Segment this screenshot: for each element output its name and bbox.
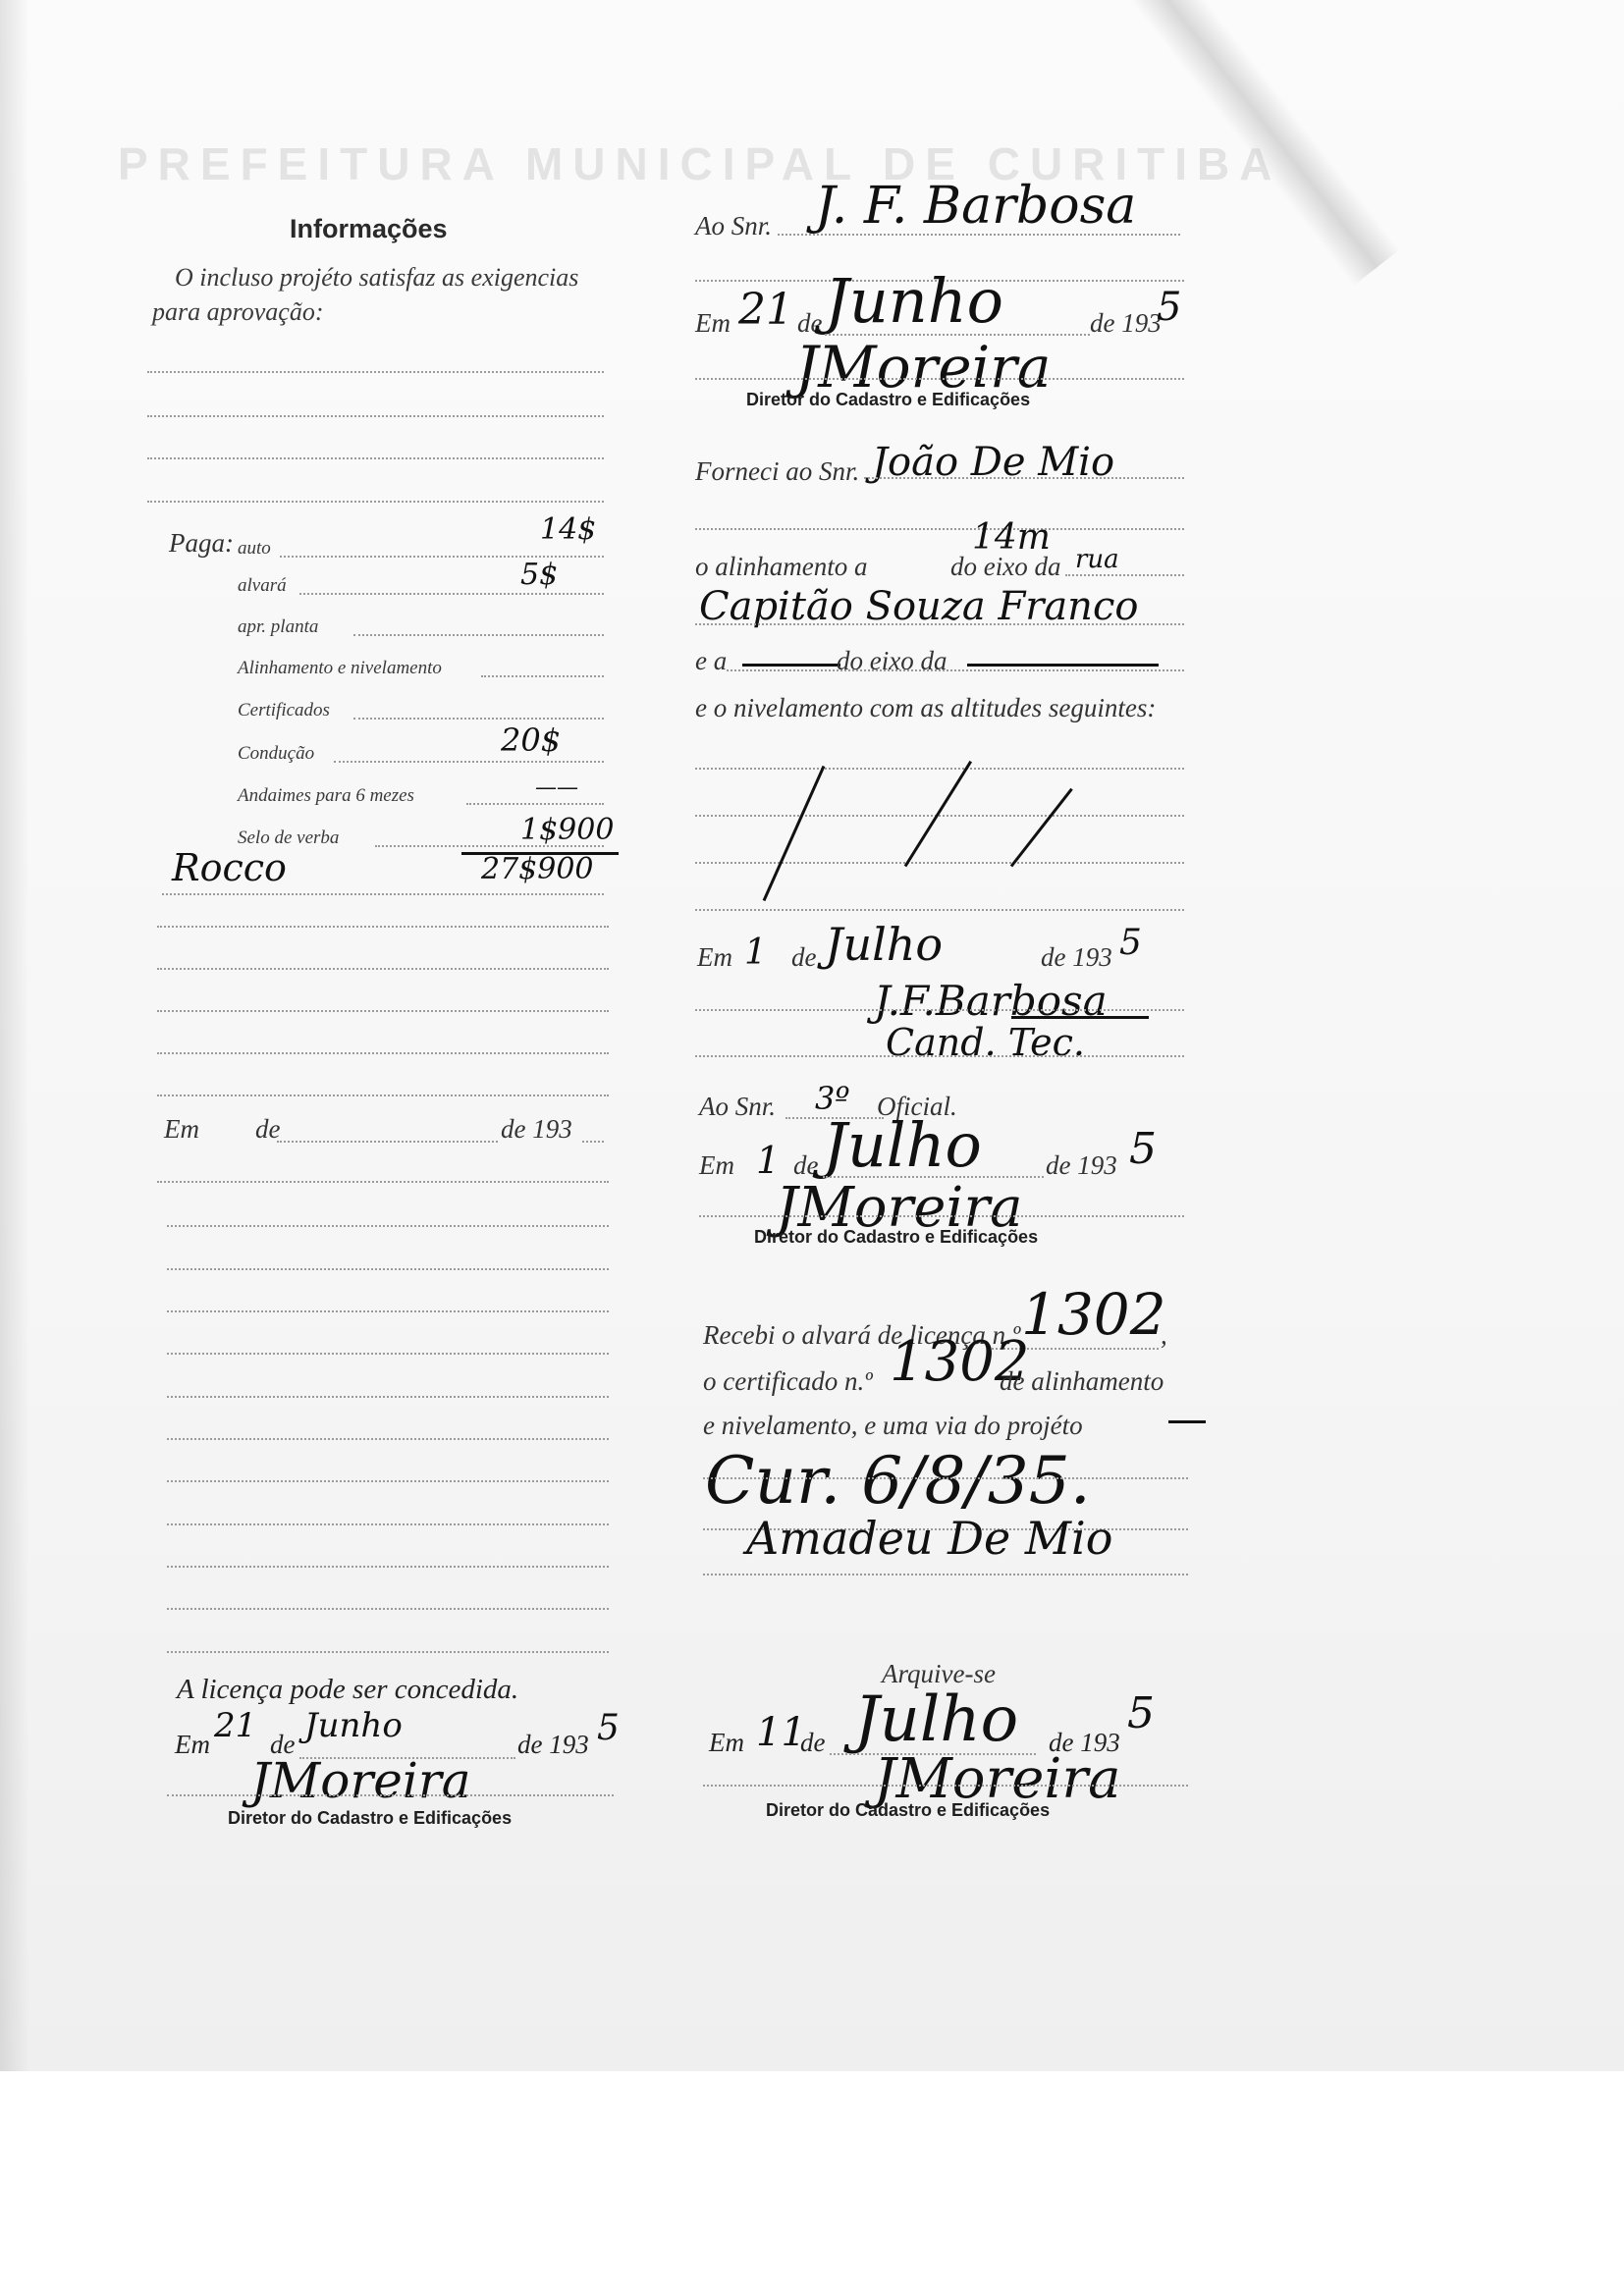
dotted-line: [353, 718, 604, 720]
dotted-line: [1065, 574, 1184, 576]
blank-stroke: [967, 664, 1159, 667]
dotted-line: [703, 1574, 1188, 1575]
dotted-line: [695, 1009, 1184, 1011]
de-year-label: de 193: [1046, 1150, 1117, 1181]
dotted-line: [167, 1608, 609, 1610]
date-day: 11: [756, 1710, 806, 1755]
dotted-line: [167, 1480, 609, 1482]
dotted-line: [695, 623, 1184, 625]
approval-year-suffix: 5: [597, 1708, 620, 1748]
fee-total: 27$900: [481, 852, 594, 886]
fee-label-auto: auto: [238, 538, 271, 560]
dotted-line: [157, 1010, 609, 1012]
dotted-line: [727, 669, 1184, 671]
dotted-line: [167, 1225, 609, 1227]
approval-day: 21: [214, 1706, 256, 1745]
paga-label: Paga:: [169, 528, 234, 559]
date-month: Julho: [825, 918, 943, 971]
ao-snr-label: Ao Snr.: [699, 1092, 776, 1122]
date-year-suffix: 5: [1157, 285, 1181, 330]
fee-value-auto: 14$: [540, 512, 596, 547]
de-year-label: de 193: [501, 1114, 572, 1145]
date-year-suffix: 5: [1119, 923, 1142, 963]
em-label: Em: [699, 1150, 734, 1181]
blank-stroke: [742, 664, 840, 667]
dotted-line: [703, 1477, 1188, 1479]
bleed-through-header: PREFEITURA MUNICIPAL DE CURITIBA: [118, 137, 805, 206]
fee-label-certificados: Certificados: [238, 700, 330, 721]
receipt-line-3: e nivelamento, e uma via do projéto: [703, 1411, 1083, 1441]
dotted-line: [582, 1141, 604, 1143]
dotted-line: [167, 1310, 609, 1312]
receipt-date: Cur. 6/8/35.: [705, 1443, 1091, 1519]
dotted-line: [481, 675, 604, 677]
blank-margin: [0, 2071, 1624, 2296]
dotted-line: [157, 1181, 609, 1183]
dotted-line: [167, 1651, 609, 1653]
de-year-label: de 193: [517, 1730, 589, 1760]
receipt-line-2-suffix: de alinhamento: [1000, 1366, 1164, 1397]
fees-signature: Rocco: [172, 846, 287, 889]
date-year-suffix: 5: [1129, 1124, 1157, 1174]
page-edge-shadow: [0, 0, 29, 2071]
director-title: Diretor do Cadastro e Edificações: [754, 1227, 1038, 1248]
dotted-line: [466, 803, 604, 805]
dotted-line: [695, 862, 1184, 864]
director-title: Diretor do Cadastro e Edificações: [746, 390, 1030, 410]
approval-month: Junho: [304, 1706, 403, 1745]
fee-label-planta: apr. planta: [238, 616, 318, 638]
dotted-line: [864, 477, 1184, 479]
date-day: 1: [744, 933, 767, 973]
fee-value-selo: 1$900: [520, 813, 614, 847]
receipt-line-2-prefix: o certificado n.º: [703, 1366, 873, 1397]
fee-value-andaimes: ——: [535, 775, 578, 800]
dotted-line: [167, 1438, 609, 1440]
dotted-line: [695, 1055, 1184, 1057]
dotted-line: [695, 528, 1184, 530]
comma: ,: [1161, 1320, 1167, 1351]
dotted-line: [167, 1794, 614, 1796]
dotted-line: [703, 1785, 1188, 1787]
de-label: de: [791, 942, 816, 973]
fee-value-alvara: 5$: [520, 558, 558, 592]
date-month: Julho: [823, 1109, 982, 1181]
dotted-line: [699, 1215, 1184, 1217]
informacoes-heading: Informações: [290, 214, 448, 244]
dotted-line: [162, 893, 604, 895]
fee-label-alvara: alvará: [238, 575, 287, 597]
dotted-line: [695, 768, 1184, 770]
fee-label-conducao: Condução: [238, 743, 314, 765]
dotted-line: [167, 1566, 609, 1568]
de-year-label: de 193: [1041, 942, 1112, 973]
dotted-line: [695, 378, 1184, 380]
blank-stroke: [1168, 1420, 1206, 1423]
date-month: Julho: [854, 1683, 1018, 1756]
dotted-line: [695, 909, 1184, 911]
de-label: de: [800, 1728, 825, 1758]
em-label: Em: [695, 308, 731, 339]
em-label: Em: [709, 1728, 744, 1758]
fee-value-conducao: 20$: [501, 721, 561, 759]
director-title: Diretor do Cadastro e Edificações: [766, 1800, 1050, 1821]
dotted-line: [167, 1268, 609, 1270]
em-label: Em: [175, 1730, 210, 1760]
forneci-label: Forneci ao Snr.: [695, 456, 859, 487]
receiver-signature: Amadeu De Mio: [746, 1512, 1112, 1565]
date-day: 21: [738, 285, 793, 335]
dotted-line: [299, 593, 604, 595]
fee-label-andaimes: Andaimes para 6 mezes: [238, 785, 414, 807]
dotted-line: [167, 1523, 609, 1525]
street-prefix: rua: [1075, 545, 1119, 574]
em-label: Em: [697, 942, 732, 973]
dotted-line: [167, 1396, 609, 1398]
dotted-line: [157, 1095, 609, 1096]
intro-line-2: para aprovação:: [152, 297, 324, 327]
dotted-line: [147, 415, 604, 417]
signature-underline: [1011, 1016, 1149, 1019]
de-year-label: de 193: [1090, 308, 1162, 339]
approval-signature: JMoreira: [250, 1752, 471, 1809]
dotted-line: [353, 634, 604, 636]
dotted-line: [157, 968, 609, 970]
date-year-suffix: 5: [1127, 1688, 1155, 1738]
director-title: Diretor do Cadastro e Edificações: [228, 1808, 512, 1829]
e-a-label: e a: [695, 646, 727, 676]
technician-title: Cand. Tec.: [886, 1021, 1085, 1064]
dotted-line: [147, 371, 604, 373]
nivelamento-label: e o nivelamento com as altitudes seguint…: [695, 693, 1156, 723]
do-eixo-da-label: do eixo da: [837, 646, 947, 676]
dotted-line: [147, 457, 604, 459]
dotted-line: [147, 501, 604, 503]
date-month: Junho: [825, 265, 1003, 337]
fee-label-alinhamento: Alinhamento e nivelamento: [238, 658, 442, 679]
dotted-line: [277, 1141, 498, 1143]
dotted-line: [157, 926, 609, 928]
intro-line-1: O incluso projéto satisfaz as exigencias: [175, 263, 578, 293]
recipient-name: J. F. Barbosa: [815, 177, 1136, 236]
dotted-line: [695, 815, 1184, 817]
em-label: Em: [164, 1114, 199, 1145]
alinhamento-label: o alinhamento a: [695, 552, 868, 582]
do-eixo-label: do eixo da: [950, 552, 1060, 582]
dotted-line: [167, 1353, 609, 1355]
approval-text: A licença pode ser concedida.: [177, 1674, 518, 1706]
dotted-line: [157, 1052, 609, 1054]
alvara-number: 1302: [1021, 1281, 1166, 1348]
ao-snr-label: Ao Snr.: [695, 211, 772, 241]
dotted-line: [334, 761, 604, 763]
